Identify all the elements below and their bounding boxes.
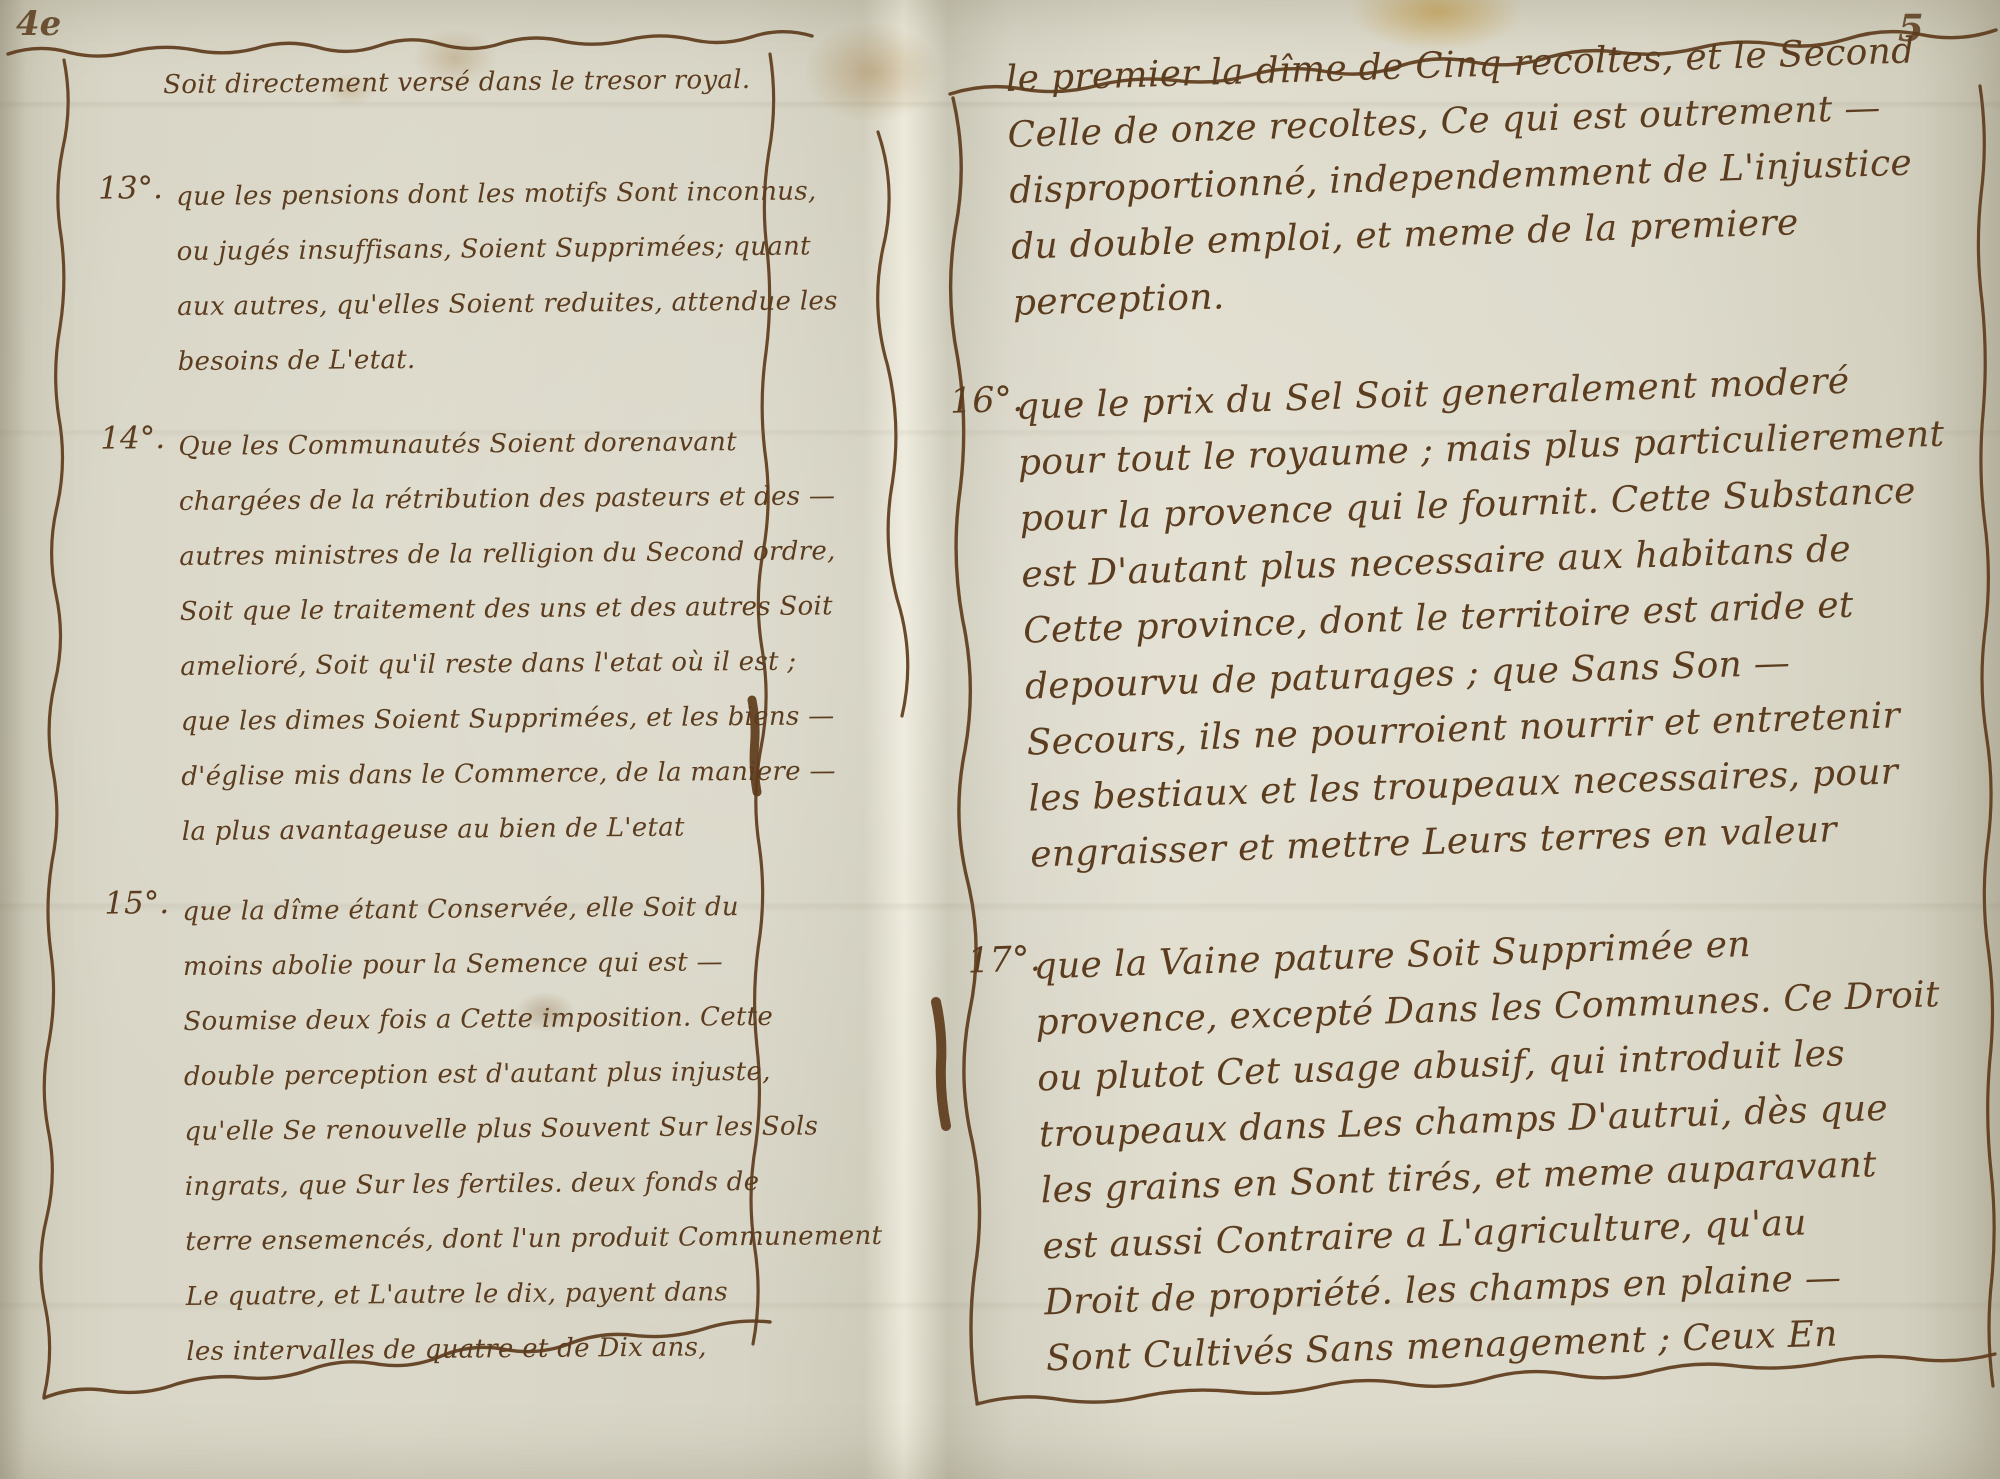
article-body: le premier la dîme de Cinq recoltes, et … (1005, 23, 1922, 331)
article-number: 17°. (967, 939, 1041, 981)
article-number: 13°. (98, 170, 163, 207)
article-14: 14°. Que les Communautés Soient dorenava… (178, 414, 838, 860)
manuscript-line: que la dîme étant Conservée, elle Soit d… (182, 879, 879, 940)
article-body: que la Vaine pature Soit Supprimée enpro… (1033, 911, 1951, 1387)
opening-line: Soit directement versé dans le tresor ro… (163, 52, 835, 113)
article-number: 15°. (104, 885, 169, 922)
manuscript-line: Que les Communautés Soient dorenavant (178, 414, 835, 475)
article-15-continuation: le premier la dîme de Cinq recoltes, et … (1005, 23, 1922, 331)
article-body: Que les Communautés Soient dorenavantcha… (178, 414, 838, 860)
article-16: 16°. que le prix du Sel Soit generalemen… (1015, 351, 1957, 884)
article-17: 17°. que la Vaine pature Soit Supprimée … (1033, 911, 1951, 1387)
manuscript-line: que les pensions dont les motifs Sont in… (176, 164, 837, 225)
manuscript-line: amelioré, Soit qu'il reste dans l'etat o… (180, 634, 837, 695)
manuscript-line: Soit que le traitement des uns et des au… (180, 579, 837, 640)
manuscript-line: les intervalles de quatre et de Dix ans, (186, 1319, 883, 1380)
manuscript-line: chargées de la rétribution des pasteurs … (179, 469, 836, 530)
manuscript-spread: 4e 5 Soit directement versé dans le tres… (0, 0, 2000, 1479)
article-number: 16°. (949, 380, 1023, 422)
manuscript-line: double perception est d'autant plus inju… (184, 1044, 881, 1105)
right-page: le premier la dîme de Cinq recoltes, et … (1005, 21, 2000, 52)
manuscript-line: aux autres, qu'elles Soient reduites, at… (177, 274, 838, 335)
article-body: que les pensions dont les motifs Sont in… (176, 164, 838, 390)
article-number: 14°. (100, 420, 165, 457)
manuscript-line: autres ministres de la relligion du Seco… (179, 524, 836, 585)
page-number-left: 4e (16, 4, 61, 44)
manuscript-line: Soumise deux fois a Cette imposition. Ce… (183, 989, 880, 1050)
article-body: que le prix du Sel Soit generalement mod… (1015, 351, 1957, 884)
manuscript-line: moins abolie pour la Semence qui est — (183, 934, 880, 995)
left-page: Soit directement versé dans le tresor ro… (175, 52, 835, 113)
manuscript-line: terre ensemencés, dont l'un produit Comm… (185, 1209, 882, 1270)
manuscript-line: ou jugés insuffisans, Soient Supprimées;… (176, 219, 837, 280)
manuscript-line: d'église mis dans le Commerce, de la man… (181, 744, 838, 805)
manuscript-line: qu'elle Se renouvelle plus Souvent Sur l… (184, 1099, 881, 1160)
manuscript-line: Le quatre, et L'autre le dix, payent dan… (186, 1264, 883, 1325)
manuscript-line: ingrats, que Sur les fertiles. deux fond… (185, 1154, 882, 1215)
manuscript-line: besoins de L'etat. (177, 329, 838, 390)
manuscript-line: que les dimes Soient Supprimées, et les … (181, 689, 838, 750)
manuscript-line: la plus avantageuse au bien de L'etat (182, 799, 839, 860)
article-13: 13°. que les pensions dont les motifs So… (176, 164, 838, 390)
article-body: que la dîme étant Conservée, elle Soit d… (182, 879, 883, 1380)
article-15: 15°. que la dîme étant Conservée, elle S… (182, 879, 883, 1380)
